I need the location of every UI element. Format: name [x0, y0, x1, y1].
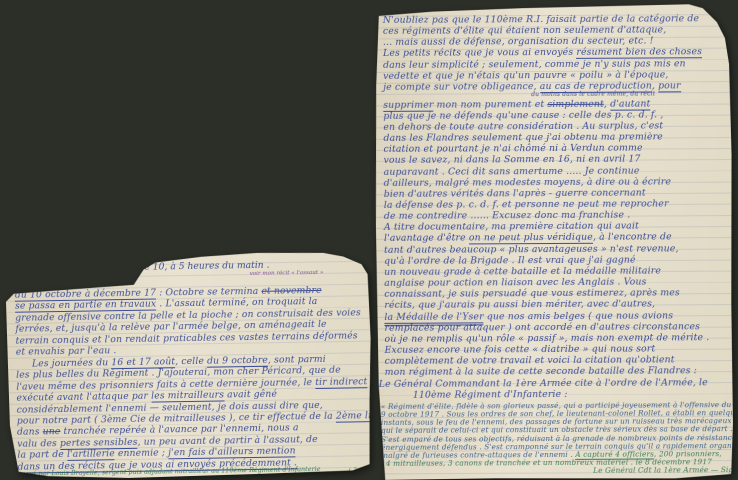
left-manuscript-page: le 10, à 5 heures du matin . voir mon ré… [5, 250, 372, 480]
purple-annotation: voir mon récit « l'assaut » [250, 270, 324, 277]
manuscript-line: dans leur simplicité ; seulement, comme … [383, 58, 727, 71]
manuscript-line: Le Général Commandant la 1ère Armée cite… [379, 377, 729, 390]
manuscript-line: où je ne remplis qu'un rôle « passif », … [384, 332, 728, 345]
manuscript-line: Le Général Cdt la 1ère Armée — Signé : A… [381, 467, 731, 477]
manuscript-line: tant d'autres beaucoup « plus avantageus… [384, 243, 728, 256]
archive-scan-background: le 10, à 5 heures du matin . voir mon ré… [0, 0, 738, 480]
purple-mark-icon: ✱ [350, 251, 357, 260]
right-manuscript-page: N'oubliez pas que le 110ème R.I. faisait… [373, 4, 733, 480]
left-page-wrap: le 10, à 5 heures du matin . voir mon ré… [5, 250, 372, 480]
manuscript-line: N'oubliez pas que le 110ème R.I. faisait… [383, 13, 727, 26]
manuscript-line: connaissant, je suis persuadé que vous e… [384, 287, 728, 300]
right-page-text: N'oubliez pas que le 110ème R.I. faisait… [373, 4, 733, 401]
right-page-wrap: N'oubliez pas que le 110ème R.I. faisait… [373, 4, 733, 480]
left-page-text: du 10 octobre à décembre 17 : Octobre se… [5, 250, 372, 473]
citation-text: « Régiment d'élite, fidèle à son glorieu… [375, 399, 733, 477]
